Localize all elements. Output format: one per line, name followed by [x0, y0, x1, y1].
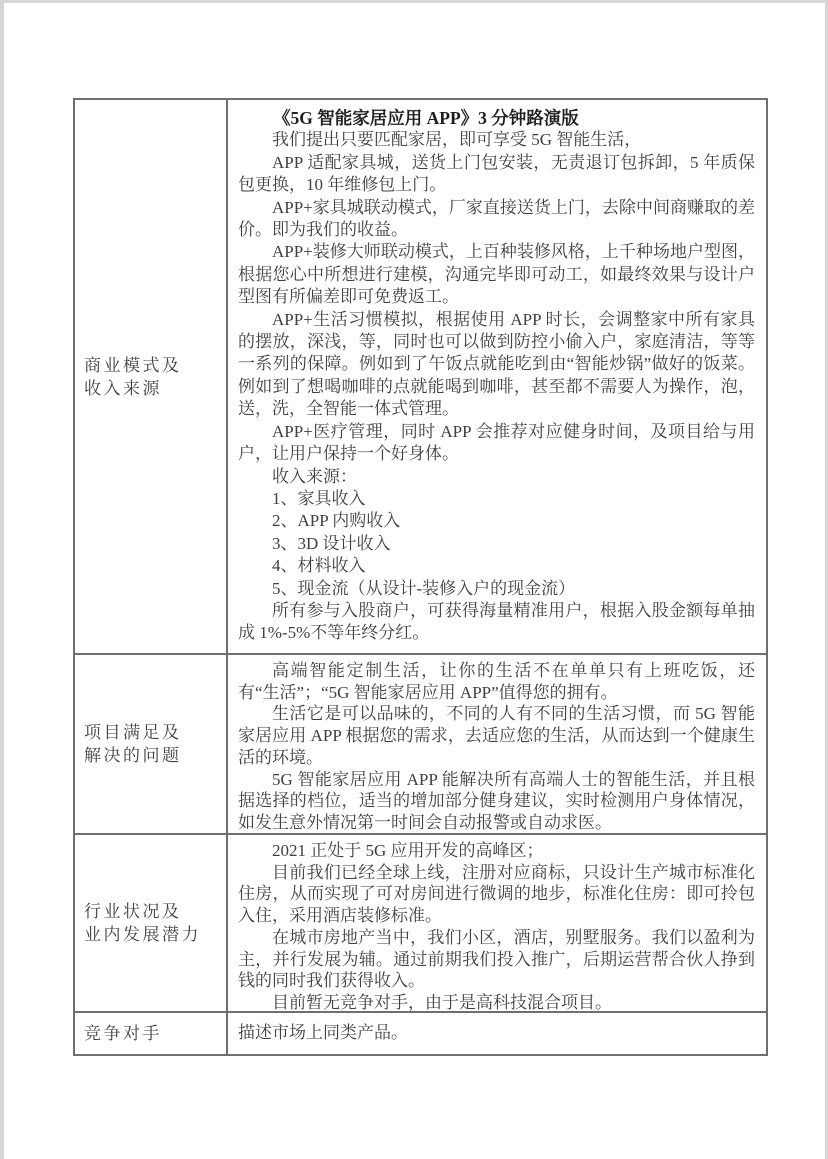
row-label-line: 解决的问题 [84, 744, 226, 767]
paragraph: 3、3D 设计收入 [238, 533, 755, 555]
row-label-line: 业内发展潜力 [84, 923, 226, 946]
paragraph: 在城市房地产当中，我们小区，酒店，别墅服务。我们以盈利为主，并行发展为辅。通过前… [238, 927, 755, 992]
paragraph: 高端智能定制生活，让你的生活不在单单只有上班吃饭，还有“生活”；“5G 智能家居… [238, 660, 755, 703]
paragraph: 生活它是可以品味的，不同的人有不同的生活习惯，而 5G 智能家居应用 APP 根… [238, 703, 755, 768]
paragraph: 2、APP 内购收入 [238, 510, 755, 532]
paragraph: 目前暂无竞争对手，由于是高科技混合项目。 [238, 992, 755, 1011]
row-label-line: 行业状况及 [84, 900, 226, 923]
row-content-cell: 高端智能定制生活，让你的生活不在单单只有上班吃饭，还有“生活”；“5G 智能家居… [228, 655, 766, 833]
paragraph: 收入来源： [238, 466, 755, 488]
paragraph: 4、材料收入 [238, 555, 755, 577]
row-label-line: 商业模式及 [84, 354, 226, 377]
row-label-cell: 商业模式及收入来源 [75, 100, 228, 653]
paragraph: APP+装修大师联动模式，上百种装修风格，上千种场地户型图，根据您心中所想进行建… [238, 241, 755, 308]
table-row: 行业状况及业内发展潜力2021 正处于 5G 应用开发的高峰区；目前我们已经全球… [75, 833, 766, 1011]
row-content-cell: 《5G 智能家居应用 APP》3 分钟路演版我们提出只要匹配家居，即可享受 5G… [228, 100, 766, 653]
paragraph: 2021 正处于 5G 应用开发的高峰区； [238, 840, 755, 862]
doc-title: 《5G 智能家居应用 APP》3 分钟路演版 [238, 107, 755, 129]
table-row: 商业模式及收入来源《5G 智能家居应用 APP》3 分钟路演版我们提出只要匹配家… [75, 100, 766, 653]
paragraph: 5G 智能家居应用 APP 能解决所有高端人士的智能生活，并且根据选择的档位，适… [238, 769, 755, 833]
paragraph: APP 适配家具城，送货上门包安装，无责退订包拆卸，5 年质保包更换，10 年维… [238, 152, 755, 197]
row-label-cell: 行业状况及业内发展潜力 [75, 835, 228, 1011]
paragraph: APP+家具城联动模式，厂家直接送货上门，去除中间商赚取的差价。即为我们的收益。 [238, 197, 755, 242]
table-row: 竞争对手描述市场上同类产品。 [75, 1011, 766, 1054]
paragraph: 所有参与入股商户，可获得海量精准用户，根据入股金额每单抽成 1%-5%不等年终分… [238, 600, 755, 645]
document-page: 商业模式及收入来源《5G 智能家居应用 APP》3 分钟路演版我们提出只要匹配家… [4, 3, 825, 1159]
row-label-line: 收入来源 [84, 377, 226, 400]
paragraph: APP+医疗管理，同时 APP 会推荐对应健身时间，及项目给与用户，让用户保持一… [238, 421, 755, 466]
pitch-table: 商业模式及收入来源《5G 智能家居应用 APP》3 分钟路演版我们提出只要匹配家… [73, 98, 768, 1056]
row-content-cell: 描述市场上同类产品。 [228, 1013, 766, 1054]
paragraph: 我们提出只要匹配家居，即可享受 5G 智能生活， [238, 129, 755, 151]
paragraph: 目前我们已经全球上线，注册对应商标，只设计生产城市标准化住房，从而实现了可对房间… [238, 862, 755, 927]
paragraph: 1、家具收入 [238, 488, 755, 510]
paragraph: 描述市场上同类产品。 [238, 1022, 755, 1044]
row-label-cell: 竞争对手 [75, 1013, 228, 1054]
paragraph: APP+生活习惯模拟，根据使用 APP 时长，会调整家中所有家具的摆放，深浅，等… [238, 309, 755, 421]
paragraph: 5、现金流（从设计-装修入户的现金流） [238, 578, 755, 600]
table-row: 项目满足及解决的问题高端智能定制生活，让你的生活不在单单只有上班吃饭，还有“生活… [75, 653, 766, 833]
row-label-line: 竞争对手 [84, 1022, 226, 1045]
row-content-cell: 2021 正处于 5G 应用开发的高峰区；目前我们已经全球上线，注册对应商标，只… [228, 835, 766, 1011]
row-label-line: 项目满足及 [84, 721, 226, 744]
row-label-cell: 项目满足及解决的问题 [75, 655, 228, 833]
